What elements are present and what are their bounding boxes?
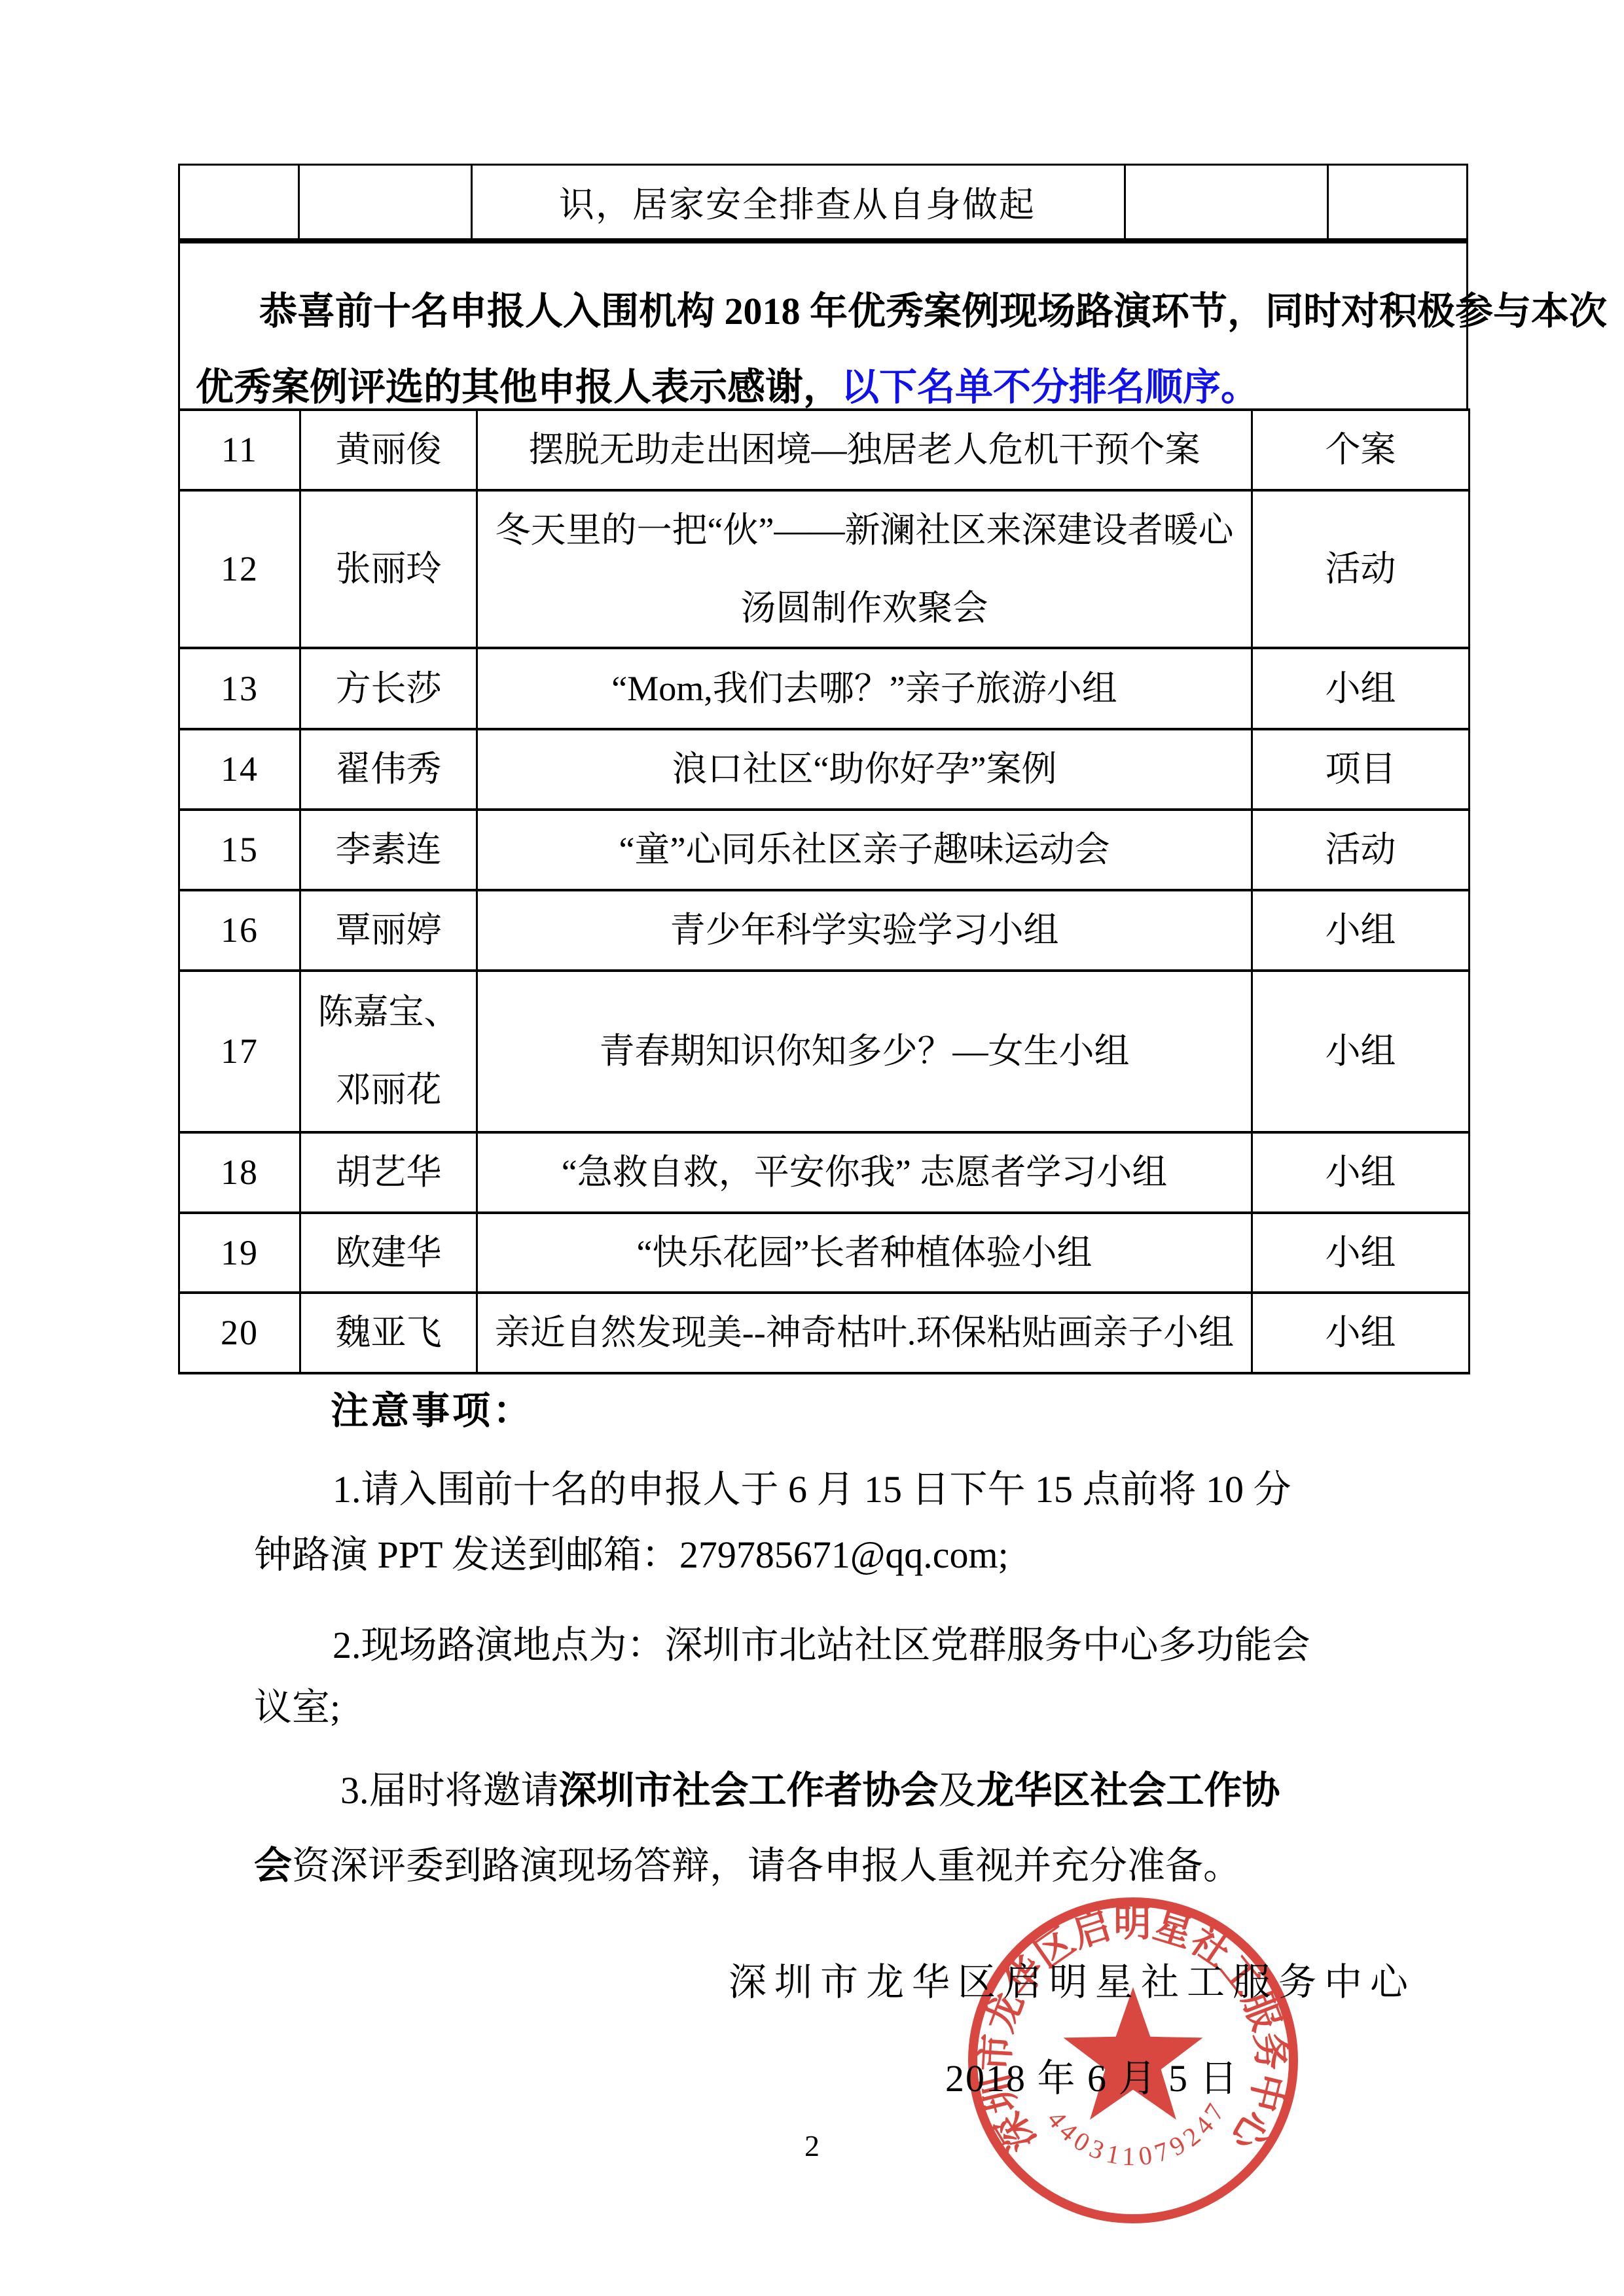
table-divider (298, 166, 300, 238)
row-title: “童”心同乐社区亲子趣味运动会 (477, 810, 1252, 890)
row-name: 魏亚飞 (300, 1293, 477, 1373)
row-name: 覃丽婷 (300, 890, 477, 971)
row-type: 项目 (1252, 729, 1470, 810)
row-no: 13 (179, 648, 300, 729)
table-row: 17陈嘉宝、 邓丽花青春期知识你知多少？—女生小组小组 (179, 971, 1470, 1132)
document-page: { "colors": { "accent_blue": "#1010EE", … (0, 0, 1624, 2296)
row-no: 11 (179, 410, 300, 490)
row-type: 小组 (1252, 1132, 1470, 1213)
table-row: 18胡艺华“急救自救，平安你我” 志愿者学习小组小组 (179, 1132, 1470, 1213)
row-name: 方长莎 (300, 648, 477, 729)
row-type: 小组 (1252, 648, 1470, 729)
row-type: 小组 (1252, 1213, 1470, 1293)
row-type: 活动 (1252, 810, 1470, 890)
page-number: 2 (0, 2128, 1624, 2163)
note-3-line-1: 3.届时将邀请深圳市社会工作者协会及龙华区社会工作协 (340, 1759, 1280, 1814)
row-name: 陈嘉宝、 邓丽花 (300, 971, 477, 1132)
row-type: 活动 (1252, 490, 1470, 649)
note-3-mid: 及 (939, 1769, 977, 1812)
row-no: 15 (179, 810, 300, 890)
row-type: 小组 (1252, 890, 1470, 971)
row-type: 小组 (1252, 1293, 1470, 1373)
intro-line-2-black: 优秀案例评选的其他申报人表示感谢， (196, 366, 841, 408)
row-name: 张丽玲 (300, 490, 477, 649)
row-name: 李素连 (300, 810, 477, 890)
row-no: 12 (179, 490, 300, 649)
row-name: 胡艺华 (300, 1132, 477, 1213)
carried-over-case-title: 识，居家安全排查从自身做起 (471, 166, 1124, 238)
note-3-org-2: 龙华区社会工作协 (977, 1769, 1280, 1812)
note-3-rest: 资深评委到路演现场答辩，请各申报人重视并充分准备。 (292, 1844, 1241, 1887)
row-title: “Mom,我们去哪？”亲子旅游小组 (477, 648, 1252, 729)
row-no: 20 (179, 1293, 300, 1373)
table-divider (1327, 166, 1329, 238)
shortlist-table: 11黄丽俊摆脱无助走出困境—独居老人危机干预个案个案 12张丽玲冬天里的一把“伙… (178, 408, 1470, 1374)
row-type: 小组 (1252, 971, 1470, 1132)
intro-line-1: 恭喜前十名申报人入围机构 2018 年优秀案例现场路演环节，同时对积极参与本次 (259, 280, 1607, 335)
intro-merged-cell: 恭喜前十名申报人入围机构 2018 年优秀案例现场路演环节，同时对积极参与本次 … (178, 243, 1468, 408)
table-row: 19欧建华“快乐花园”长者种植体验小组小组 (179, 1213, 1470, 1293)
carried-over-table-row: 识，居家安全排查从自身做起 (178, 164, 1468, 243)
row-title: 亲近自然发现美--神奇枯叶.环保粘贴画亲子小组 (477, 1293, 1252, 1373)
row-title: 青少年科学实验学习小组 (477, 890, 1252, 971)
note-3-line-2: 会资深评委到路演现场答辩，请各申报人重视并充分准备。 (254, 1835, 1241, 1890)
table-row: 14翟伟秀浪口社区“助你好孕”案例项目 (179, 729, 1470, 810)
note-1-line-1: 1.请入围前十名的申报人于 6 月 15 日下午 15 点前将 10 分 (333, 1458, 1291, 1513)
row-title: 青春期知识你知多少？—女生小组 (477, 971, 1252, 1132)
table-divider (1124, 166, 1126, 238)
note-2-line-2: 议室; (254, 1676, 340, 1731)
row-title: “急救自救，平安你我” 志愿者学习小组 (477, 1132, 1252, 1213)
notes-heading: 注意事项： (331, 1380, 533, 1435)
row-title: “快乐花园”长者种植体验小组 (477, 1213, 1252, 1293)
row-name: 黄丽俊 (300, 410, 477, 490)
row-type: 个案 (1252, 410, 1470, 490)
table-row: 16覃丽婷青少年科学实验学习小组小组 (179, 890, 1470, 971)
note-1-line-2: 钟路演 PPT 发送到邮箱：279785671@qq.com; (254, 1524, 1009, 1579)
note-3-org-2-cont: 会 (254, 1844, 292, 1887)
intro-line-2-blue-note: 以下名单不分排名顺序。 (841, 366, 1259, 408)
table-row: 20魏亚飞亲近自然发现美--神奇枯叶.环保粘贴画亲子小组小组 (179, 1293, 1470, 1373)
red-stamp: 深圳市龙华区启明星社工服务中心 4403110792475 (964, 1893, 1302, 2227)
note-3-org-1: 深圳市社会工作者协会 (559, 1769, 939, 1812)
table-row: 11黄丽俊摆脱无助走出困境—独居老人危机干预个案个案 (179, 410, 1470, 490)
intro-line-2: 优秀案例评选的其他申报人表示感谢，以下名单不分排名顺序。 (196, 356, 1259, 411)
row-name: 欧建华 (300, 1213, 477, 1293)
row-title: 浪口社区“助你好孕”案例 (477, 729, 1252, 810)
table-row: 15李素连“童”心同乐社区亲子趣味运动会活动 (179, 810, 1470, 890)
row-no: 19 (179, 1213, 300, 1293)
table-row: 12张丽玲冬天里的一把“伙”——新澜社区来深建设者暖心 汤圆制作欢聚会活动 (179, 490, 1470, 649)
row-title: 摆脱无助走出困境—独居老人危机干预个案 (477, 410, 1252, 490)
note-3-pre: 3.届时将邀请 (340, 1769, 559, 1812)
table-row: 13方长莎“Mom,我们去哪？”亲子旅游小组小组 (179, 648, 1470, 729)
row-no: 17 (179, 971, 300, 1132)
row-name: 翟伟秀 (300, 729, 477, 810)
row-no: 16 (179, 890, 300, 971)
row-title: 冬天里的一把“伙”——新澜社区来深建设者暖心 汤圆制作欢聚会 (477, 490, 1252, 649)
row-no: 18 (179, 1132, 300, 1213)
stamp-star-icon (1064, 1987, 1203, 2120)
row-no: 14 (179, 729, 300, 810)
note-2-line-1: 2.现场路演地点为：深圳市北站社区党群服务中心多功能会 (333, 1614, 1310, 1669)
